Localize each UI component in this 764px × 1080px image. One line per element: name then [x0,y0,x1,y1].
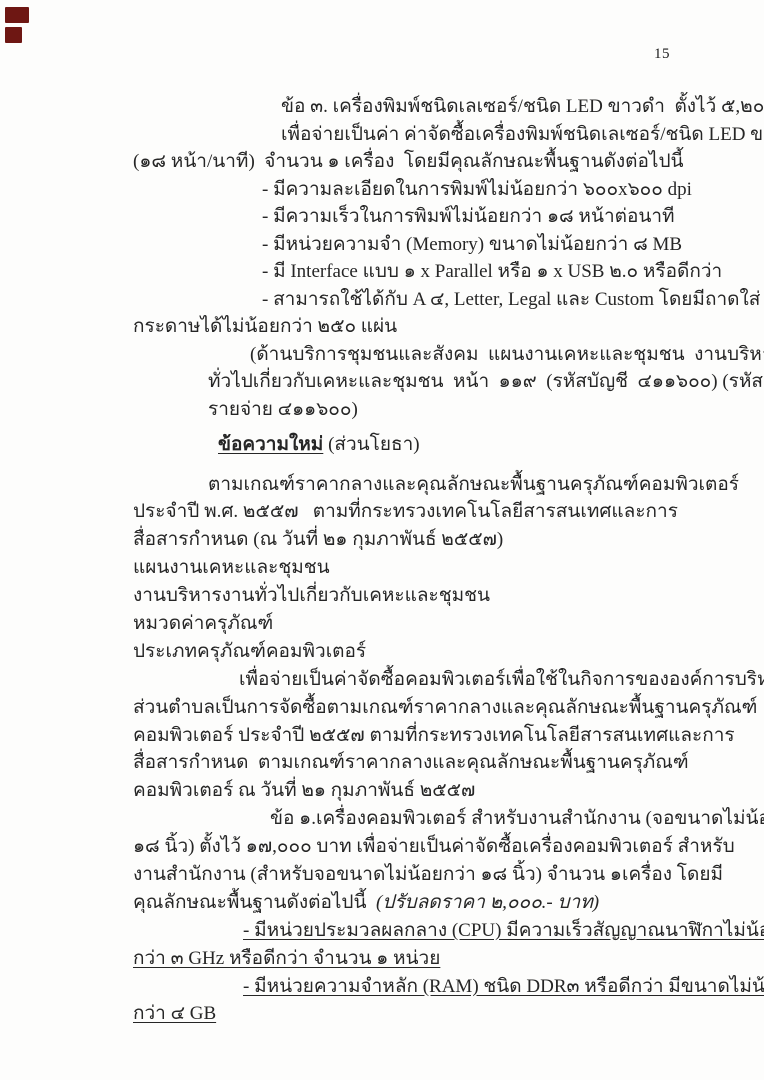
doc-line-spec-paper: - สามารถใช้ได้กับ A ๔, Letter, Legal และ… [262,286,702,314]
scan-artifact-mark [5,27,22,43]
document-page: 15 ข้อ ๓. เครื่องพิมพ์ชนิดเลเซอร์/ชนิด L… [0,0,764,1080]
doc-line-item1-title: ข้อ ๑.เครื่องคอมพิวเตอร์ สำหรับงานสำนักง… [270,805,702,833]
doc-line-item3-qty: (๑๘ หน้า/นาที) จำนวน ๑ เครื่อง โดยมีคุณล… [133,148,702,176]
doc-line-criteria-year: ประจำปี พ.ศ. ๒๕๕๗ ตามที่กระทรวงเทคโนโลยี… [133,498,702,526]
doc-line-plan: แผนงานเคหะและชุมชน [133,554,702,582]
doc-line-item1-spec-intro: คุณลักษณะพื้นฐานดังต่อไปนี้ (ปรับลดราคา … [133,889,702,917]
section-heading-suffix: (ส่วนโยธา) [323,434,419,455]
page-number: 15 [654,46,670,63]
section-heading-underlined: ข้อความใหม่ [218,434,323,455]
doc-line-criteria-date: สื่อสารกำหนด (ณ วันที่ ๒๑ กุมภาพันธ์ ๒๕๕… [133,526,702,554]
section-heading: ข้อความใหม่ (ส่วนโยธา) [218,431,702,459]
doc-line-budget-code: รายจ่าย ๔๑๑๖๐๐) [208,396,702,424]
doc-line-purchase-date: คอมพิวเตอร์ ณ วันที่ ๒๑ กุมภาพันธ์ ๒๕๕๗ [133,777,702,805]
doc-line-spec-cpu: - มีหน่วยประมวลผลกลาง (CPU) มีความเร็วสั… [243,917,702,945]
doc-line-price-adjust-note: (ปรับลดราคา ๒,๐๐๐.- บาท) [376,892,599,913]
scan-artifact-mark [5,7,29,23]
doc-line-purchase-purpose: เพื่อจ่ายเป็นค่าจัดซื้อคอมพิวเตอร์เพื่อใ… [239,666,702,694]
doc-line-item1-price: ๑๘ นิ้ว) ตั้งไว้ ๑๗,๐๐๐ บาท เพื่อจ่ายเป็… [133,833,702,861]
doc-line-item3-title: ข้อ ๓. เครื่องพิมพ์ชนิดเลเซอร์/ชนิด LED … [281,93,702,121]
doc-line-spec-resolution: - มีความละเอียดในการพิมพ์ไม่น้อยกว่า ๖๐๐… [262,176,702,204]
doc-line-item3-purpose: เพื่อจ่ายเป็นค่า ค่าจัดซื้อเครื่องพิมพ์ช… [281,121,702,149]
doc-line-work: งานบริหารงานทั่วไปเกี่ยวกับเคหะและชุมชน [133,582,702,610]
doc-line-item1-spec-intro-text: คุณลักษณะพื้นฐานดังต่อไปนี้ [133,892,376,913]
document-body: ข้อ ๓. เครื่องพิมพ์ชนิดเลเซอร์/ชนิด LED … [133,93,702,1028]
doc-line-criteria: ตามเกณฑ์ราคากลางและคุณลักษณะพื้นฐานครุภั… [208,471,702,499]
doc-line-spec-speed: - มีความเร็วในการพิมพ์ไม่น้อยกว่า ๑๘ หน้… [262,203,702,231]
doc-line-budget-note: (ด้านบริการชุมชนและสังคม แผนงานเคหะและชุ… [250,341,702,369]
doc-line-spec-ram: - มีหน่วยความจำหลัก (RAM) ชนิด DDR๓ หรือ… [243,973,702,1001]
doc-line-purchase-cont1: ส่วนตำบลเป็นการจัดซื้อตามเกณฑ์ราคากลางแล… [133,694,702,722]
doc-line-spec-memory: - มีหน่วยความจำ (Memory) ขนาดไม่น้อยกว่า… [262,231,702,259]
doc-line-spec-cpu-cont: กว่า ๓ GHz หรือดีกว่า จำนวน ๑ หน่วย [133,945,702,973]
doc-line-spec-ram-cont: กว่า ๔ GB [133,1000,702,1028]
doc-line-item1-qty: งานสำนักงาน (สำหรับจอขนาดไม่น้อยกว่า ๑๘ … [133,861,702,889]
doc-line-spec-interface: - มี Interface แบบ ๑ x Parallel หรือ ๑ x… [262,258,702,286]
doc-line-purchase-cont3: สื่อสารกำหนด ตามเกณฑ์ราคากลางและคุณลักษณ… [133,749,702,777]
doc-line-type: ประเภทครุภัณฑ์คอมพิวเตอร์ [133,638,702,666]
doc-line-spec-paper-cont: กระดาษได้ไม่น้อยกว่า ๒๕๐ แผ่น [133,313,702,341]
doc-line-budget-note-cont: ทั่วไปเกี่ยวกับเคหะและชุมชน หน้า ๑๑๙ (รห… [208,368,702,396]
doc-line-purchase-cont2: คอมพิวเตอร์ ประจำปี ๒๕๕๗ ตามที่กระทรวงเท… [133,722,702,750]
doc-line-category: หมวดค่าครุภัณฑ์ [133,610,702,638]
